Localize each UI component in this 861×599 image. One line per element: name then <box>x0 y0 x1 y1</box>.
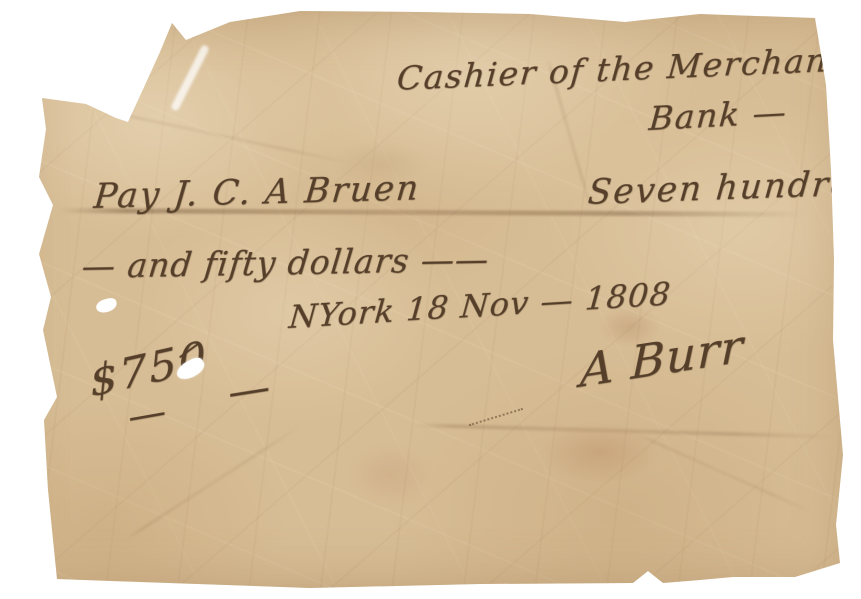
handwriting-pay-line: Pay J. C. A Bruen <box>92 171 421 214</box>
handwriting-amount-words-2: — and fifty dollars —— <box>80 243 491 283</box>
handwriting-addressee-line2: Bank — <box>648 95 789 135</box>
stain <box>540 420 660 484</box>
stain <box>345 440 435 510</box>
document-photo: Cashier of the Merchants Bank — Pay J. C… <box>0 0 861 599</box>
paper-sheet: Cashier of the Merchants Bank — Pay J. C… <box>0 0 861 599</box>
flourish-dash: — <box>125 392 169 436</box>
handwriting-amount-words-1: Seven hundred <box>587 166 861 210</box>
flourish-dash: — <box>225 366 273 414</box>
